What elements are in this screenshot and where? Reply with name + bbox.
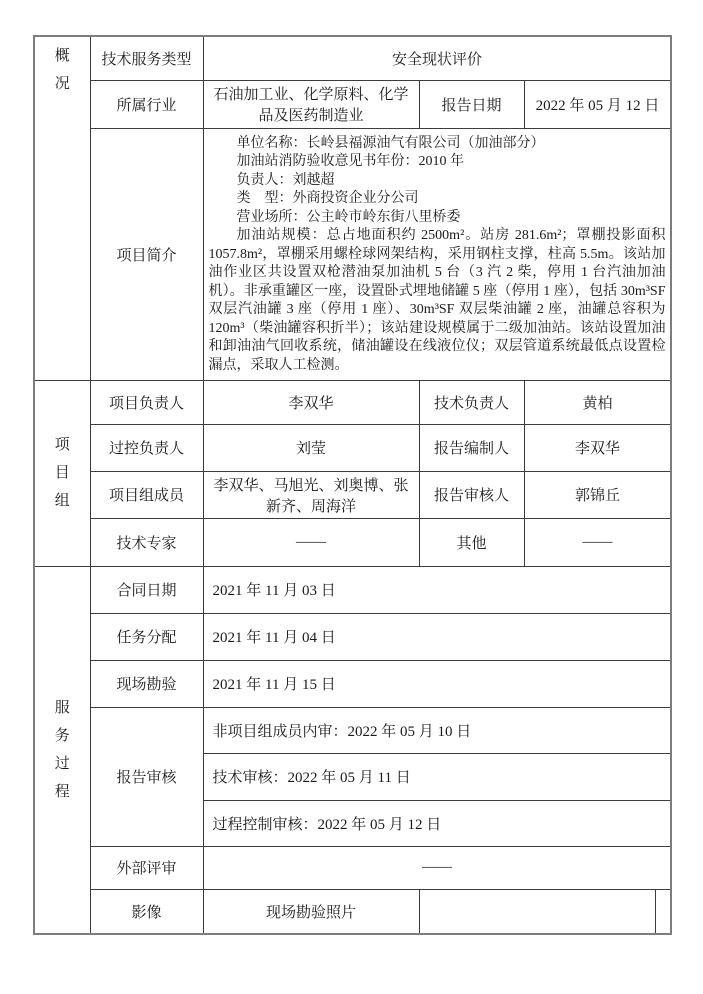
team-members-value: 李双华、马旭光、刘奥博、张新齐、周海洋 bbox=[203, 471, 419, 518]
intro-enterprise-type: 类 型：外商投资企业分公司 bbox=[209, 190, 666, 209]
report-compiler-label: 报告编制人 bbox=[419, 424, 524, 471]
report-date-value: 2022 年 05 月 12 日 bbox=[524, 80, 671, 128]
team-members-label: 项目组成员 bbox=[90, 471, 203, 518]
project-intro-value: 单位名称：长岭县福源油气有限公司（加油部分） 加油站消防验收意见书年份：2010… bbox=[203, 128, 671, 380]
row-contract-date: 服务过程 合同日期 2021 年 11 月 03 日 bbox=[34, 566, 671, 613]
section-service-process-label: 服务过程 bbox=[54, 694, 71, 806]
project-leader-label: 项目负责人 bbox=[90, 380, 203, 424]
intro-station-scale: 加油站规模：总占地面积约 2500m²。站房 281.6m²；罩棚投影面积 10… bbox=[209, 227, 666, 375]
row-project-intro: 项目简介 单位名称：长岭县福源油气有限公司（加油部分） 加油站消防验收意见书年份… bbox=[34, 128, 671, 380]
report-date-label: 报告日期 bbox=[419, 80, 524, 128]
process-control-leader-label: 过控负责人 bbox=[90, 424, 203, 471]
contract-date-label: 合同日期 bbox=[90, 566, 203, 613]
intro-business-place: 营业场所：公主岭市岭东街八里桥委 bbox=[209, 209, 666, 228]
row-review-internal: 报告审核 非项目组成员内审：2022 年 05 月 10 日 bbox=[34, 707, 671, 753]
intro-person-in-charge: 负责人：刘越超 bbox=[209, 172, 666, 191]
row-team-members: 项目组成员 李双华、马旭光、刘奥博、张新齐、周海洋 报告审核人 郭锦丘 bbox=[34, 471, 671, 518]
row-process-control-leader: 过控负责人 刘莹 报告编制人 李双华 bbox=[34, 424, 671, 471]
site-survey-label: 现场勘验 bbox=[90, 660, 203, 707]
industry-value: 石油加工业、化学原料、化学品及医药制造业 bbox=[203, 80, 419, 128]
project-intro-label: 项目简介 bbox=[90, 128, 203, 380]
row-project-leader: 项目组 项目负责人 李双华 技术负责人 黄柏 bbox=[34, 380, 671, 424]
project-leader-value: 李双华 bbox=[203, 380, 419, 424]
intro-fire-acceptance-year: 加油站消防验收意见书年份：2010 年 bbox=[209, 153, 666, 172]
section-team: 项目组 bbox=[34, 380, 90, 566]
row-site-survey: 现场勘验 2021 年 11 月 15 日 bbox=[34, 660, 671, 707]
other-label: 其他 bbox=[419, 518, 524, 566]
review-technical-value: 技术审核：2022 年 05 月 11 日 bbox=[203, 753, 671, 800]
technical-expert-value: —— bbox=[203, 518, 419, 566]
service-type-label: 技术服务类型 bbox=[90, 36, 203, 80]
intro-unit-name: 单位名称：长岭县福源油气有限公司（加油部分） bbox=[209, 135, 666, 154]
task-assignment-label: 任务分配 bbox=[90, 613, 203, 660]
technical-leader-value: 黄柏 bbox=[524, 380, 671, 424]
row-media: 影像 现场勘验照片 bbox=[34, 889, 671, 934]
task-assignment-value: 2021 年 11 月 04 日 bbox=[203, 613, 671, 660]
section-overview: 概况 bbox=[34, 36, 90, 380]
row-technical-expert: 技术专家 —— 其他 —— bbox=[34, 518, 671, 566]
document-page: 概况 技术服务类型 安全现状评价 所属行业 石油加工业、化学原料、化学品及医药制… bbox=[0, 0, 703, 994]
photo-cell-divider bbox=[655, 890, 656, 934]
row-service-type: 概况 技术服务类型 安全现状评价 bbox=[34, 36, 671, 80]
report-review-label: 报告审核 bbox=[90, 707, 203, 846]
review-process-control-value: 过程控制审核：2022 年 05 月 12 日 bbox=[203, 800, 671, 846]
external-review-label: 外部评审 bbox=[90, 846, 203, 889]
row-industry: 所属行业 石油加工业、化学原料、化学品及医药制造业 报告日期 2022 年 05… bbox=[34, 80, 671, 128]
report-reviewer-value: 郭锦丘 bbox=[524, 471, 671, 518]
row-task-assignment: 任务分配 2021 年 11 月 04 日 bbox=[34, 613, 671, 660]
site-survey-value: 2021 年 11 月 15 日 bbox=[203, 660, 671, 707]
report-compiler-value: 李双华 bbox=[524, 424, 671, 471]
evaluation-summary-table: 概况 技术服务类型 安全现状评价 所属行业 石油加工业、化学原料、化学品及医药制… bbox=[33, 35, 672, 935]
external-review-value: —— bbox=[203, 846, 671, 889]
site-survey-photo-area bbox=[419, 889, 671, 934]
contract-date-value: 2021 年 11 月 03 日 bbox=[203, 566, 671, 613]
section-team-label: 项目组 bbox=[54, 431, 71, 515]
industry-label: 所属行业 bbox=[90, 80, 203, 128]
row-external-review: 外部评审 —— bbox=[34, 846, 671, 889]
section-media: 影像 bbox=[90, 889, 203, 934]
process-control-leader-value: 刘莹 bbox=[203, 424, 419, 471]
review-internal-value: 非项目组成员内审：2022 年 05 月 10 日 bbox=[203, 707, 671, 753]
other-value: —— bbox=[524, 518, 671, 566]
site-survey-photos-label: 现场勘验照片 bbox=[203, 889, 419, 934]
section-overview-label: 概况 bbox=[54, 42, 71, 98]
report-reviewer-label: 报告审核人 bbox=[419, 471, 524, 518]
technical-leader-label: 技术负责人 bbox=[419, 380, 524, 424]
section-service-process: 服务过程 bbox=[34, 566, 90, 934]
service-type-value: 安全现状评价 bbox=[203, 36, 671, 80]
technical-expert-label: 技术专家 bbox=[90, 518, 203, 566]
section-media-label: 影像 bbox=[131, 905, 161, 921]
